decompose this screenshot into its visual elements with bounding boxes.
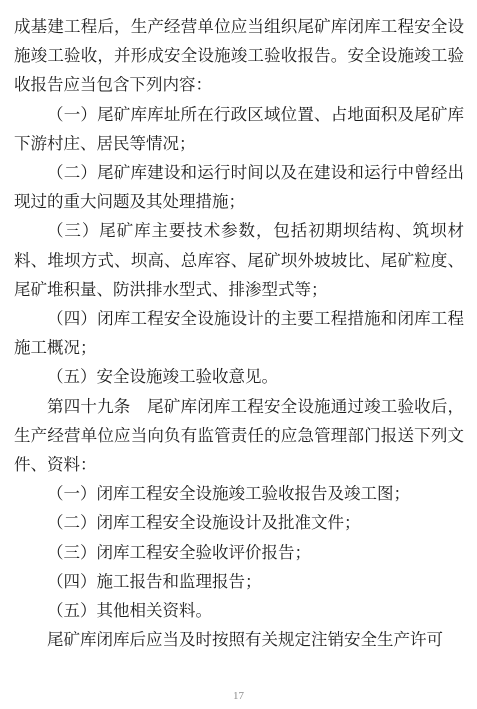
doc-list-item-3: （三）闭库工程安全验收评价报告； (14, 538, 464, 567)
closing-paragraph: 尾矿库闭库后应当及时按照有关规定注销安全生产许可 (14, 625, 464, 654)
article-49-paragraph: 第四十九条 尾矿库闭库工程安全设施通过竣工验收后，生产经营单位应当向负有监管责任… (14, 392, 464, 480)
document-body: 成基建工程后，生产经营单位应当组织尾矿库闭库工程安全设施竣工验收，并形成安全设施… (14, 12, 464, 654)
doc-list-item-2: （二）闭库工程安全设施设计及批准文件； (14, 508, 464, 537)
list-item-3: （三）尾矿库主要技术参数，包括初期坝结构、筑坝材料、堆坝方式、坝高、总库容、尾矿… (14, 216, 464, 304)
doc-list-item-5: （五）其他相关资料。 (14, 596, 464, 625)
list-item-1: （一）尾矿库库址所在行政区域位置、占地面积及尾矿库下游村庄、居民等情况； (14, 100, 464, 158)
doc-list-item-1: （一）闭库工程安全设施竣工验收报告及竣工图； (14, 479, 464, 508)
page-number: 17 (0, 690, 477, 702)
paragraph-continuation: 成基建工程后，生产经营单位应当组织尾矿库闭库工程安全设施竣工验收，并形成安全设施… (14, 12, 464, 100)
doc-list-item-4: （四）施工报告和监理报告； (14, 567, 464, 596)
document-page: 成基建工程后，生产经营单位应当组织尾矿库闭库工程安全设施竣工验收，并形成安全设施… (0, 0, 477, 709)
list-item-2: （二）尾矿库建设和运行时间以及在建设和运行中曾经出现过的重大问题及其处理措施； (14, 158, 464, 216)
list-item-5: （五）安全设施竣工验收意见。 (14, 362, 464, 391)
list-item-4: （四）闭库工程安全设施设计的主要工程措施和闭库工程施工概况； (14, 304, 464, 362)
